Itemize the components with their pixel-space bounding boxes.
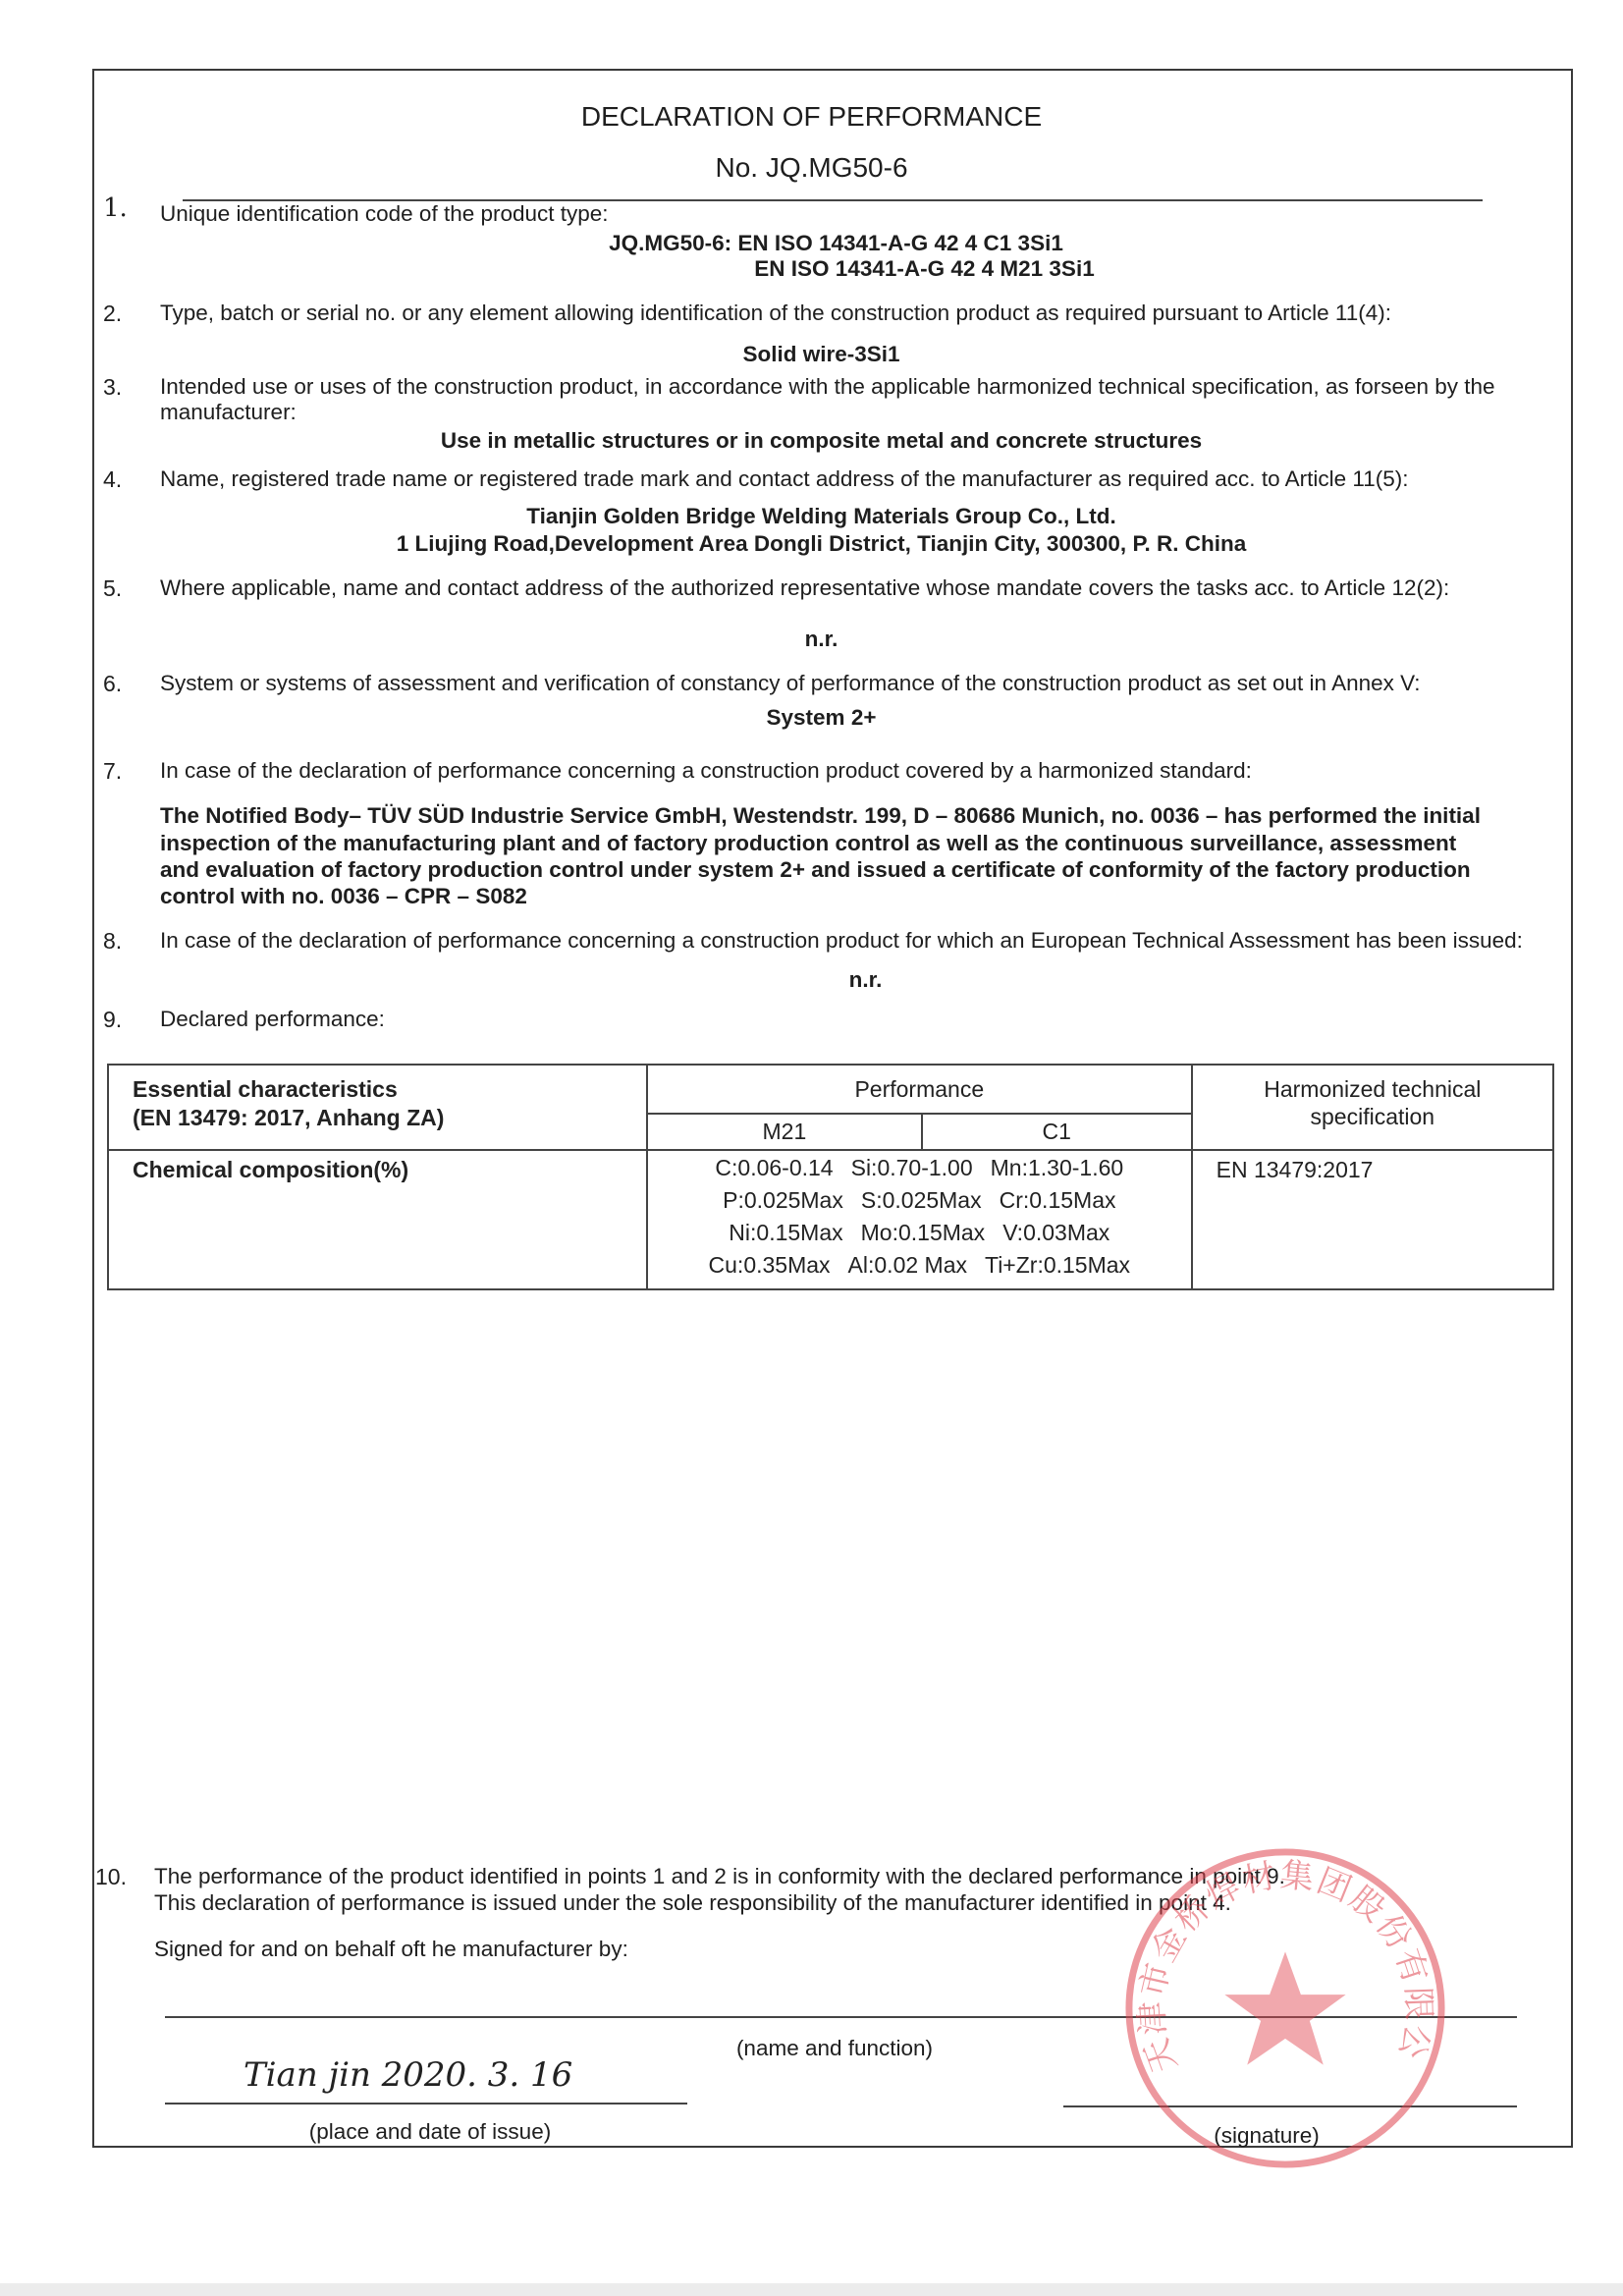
- signed-on-behalf-text: Signed for and on behalf oft he manufact…: [154, 1937, 628, 1962]
- header-harmonized-spec: Harmonized technical specification: [1192, 1065, 1553, 1150]
- section-6-value: System 2+: [0, 705, 1623, 731]
- chem-ni: Ni:0.15Max: [729, 1217, 842, 1249]
- chem-line-1: C:0.06-0.14 Si:0.70-1.00 Mn:1.30-1.60: [648, 1152, 1191, 1184]
- declared-performance-table: Essential characteristics (EN 13479: 201…: [107, 1064, 1554, 1290]
- section-10-text-line2: This declaration of performance is issue…: [154, 1890, 1231, 1916]
- header-essential-line1: Essential characteristics: [133, 1075, 646, 1104]
- header-spec-line2: specification: [1193, 1103, 1552, 1130]
- chem-ti-zr: Ti+Zr:0.15Max: [985, 1249, 1130, 1282]
- section-8-text: In case of the declaration of performanc…: [160, 928, 1523, 954]
- notified-body-line2: inspection of the manufacturing plant an…: [160, 831, 1456, 856]
- section-5-value: n.r.: [0, 627, 1623, 652]
- product-code-2: EN ISO 14341-A-G 42 4 M21 3Si1: [0, 256, 1623, 282]
- subheader-c1: C1: [922, 1114, 1192, 1150]
- table-row: Chemical composition(%) C:0.06-0.14 Si:0…: [108, 1150, 1553, 1289]
- section-1-text: Unique identification code of the produc…: [160, 201, 609, 227]
- section-9-text: Declared performance:: [160, 1007, 385, 1032]
- document-title: DECLARATION OF PERFORMANCE: [0, 101, 1623, 133]
- name-function-label: (name and function): [687, 2036, 982, 2061]
- section-6-text: System or systems of assessment and veri…: [160, 671, 1421, 696]
- section-2-value: Solid wire-3Si1: [0, 342, 1623, 367]
- chem-mn: Mn:1.30-1.60: [991, 1152, 1124, 1184]
- chem-line-2: P:0.025Max S:0.025Max Cr:0.15Max: [648, 1184, 1191, 1217]
- section-2-text: Type, batch or serial no. or any element…: [160, 301, 1391, 326]
- manufacturer-name: Tianjin Golden Bridge Welding Materials …: [0, 504, 1623, 529]
- header-essential-characteristics: Essential characteristics (EN 13479: 201…: [108, 1065, 647, 1150]
- manufacturer-address: 1 Liujing Road,Development Area Dongli D…: [0, 531, 1623, 557]
- chem-line-4: Cu:0.35Max Al:0.02 Max Ti+Zr:0.15Max: [648, 1249, 1191, 1282]
- section-5-number: 5.: [103, 575, 122, 602]
- cell-specification: EN 13479:2017: [1192, 1150, 1553, 1289]
- place-date-line: [165, 2103, 687, 2105]
- place-date-label: (place and date of issue): [263, 2119, 597, 2145]
- section-8-value: n.r.: [0, 967, 1623, 993]
- chem-c: C:0.06-0.14: [715, 1152, 833, 1184]
- section-4-number: 4.: [103, 466, 122, 493]
- notified-body-line3: and evaluation of factory production con…: [160, 857, 1471, 883]
- section-3-number: 3.: [103, 374, 122, 401]
- product-code-1: JQ.MG50-6: EN ISO 14341-A-G 42 4 C1 3Si1: [0, 231, 1623, 256]
- chem-al: Al:0.02 Max: [848, 1249, 967, 1282]
- cell-chemical-composition: C:0.06-0.14 Si:0.70-1.00 Mn:1.30-1.60 P:…: [647, 1150, 1192, 1289]
- section-7-number: 7.: [103, 758, 122, 785]
- notified-body-line4: control with no. 0036 – CPR – S082: [160, 884, 527, 909]
- chem-mo: Mo:0.15Max: [861, 1217, 986, 1249]
- section-3-text-line2: manufacturer:: [160, 400, 297, 425]
- chem-v: V:0.03Max: [1002, 1217, 1109, 1249]
- company-seal-icon: 天津市金桥焊材集团股份有限公司: [1119, 1842, 1451, 2174]
- section-4-text: Name, registered trade name or registere…: [160, 466, 1408, 492]
- section-3-text-line1: Intended use or uses of the construction…: [160, 374, 1495, 400]
- header-spec-line1: Harmonized technical: [1193, 1075, 1552, 1103]
- subheader-m21: M21: [647, 1114, 922, 1150]
- section-5-text: Where applicable, name and contact addre…: [160, 575, 1449, 601]
- section-2-number: 2.: [103, 301, 122, 327]
- section-1-number: 1.: [103, 193, 128, 223]
- place-date-handwritten: Tian jin 2020. 3. 16: [243, 2055, 572, 2095]
- cell-characteristic: Chemical composition(%): [108, 1150, 647, 1289]
- chem-si: Si:0.70-1.00: [851, 1152, 973, 1184]
- chem-p: P:0.025Max: [723, 1184, 843, 1217]
- section-10-text-line1: The performance of the product identifie…: [154, 1864, 1285, 1889]
- header-performance: Performance: [647, 1065, 1192, 1114]
- section-7-text: In case of the declaration of performanc…: [160, 758, 1252, 784]
- table-header-row: Essential characteristics (EN 13479: 201…: [108, 1065, 1553, 1114]
- section-9-number: 9.: [103, 1007, 122, 1033]
- header-essential-line2: (EN 13479: 2017, Anhang ZA): [133, 1104, 646, 1132]
- chem-line-3: Ni:0.15Max Mo:0.15Max V:0.03Max: [648, 1217, 1191, 1249]
- section-3-value: Use in metallic structures or in composi…: [0, 428, 1623, 454]
- section-8-number: 8.: [103, 928, 122, 955]
- chem-s: S:0.025Max: [861, 1184, 982, 1217]
- chem-cr: Cr:0.15Max: [1000, 1184, 1116, 1217]
- notified-body-line1: The Notified Body– TÜV SÜD Industrie Ser…: [160, 803, 1481, 829]
- chem-cu: Cu:0.35Max: [709, 1249, 831, 1282]
- section-10-number: 10.: [95, 1864, 127, 1890]
- section-6-number: 6.: [103, 671, 122, 697]
- document-number: No. JQ.MG50-6: [0, 152, 1623, 184]
- scan-edge: [0, 2283, 1623, 2296]
